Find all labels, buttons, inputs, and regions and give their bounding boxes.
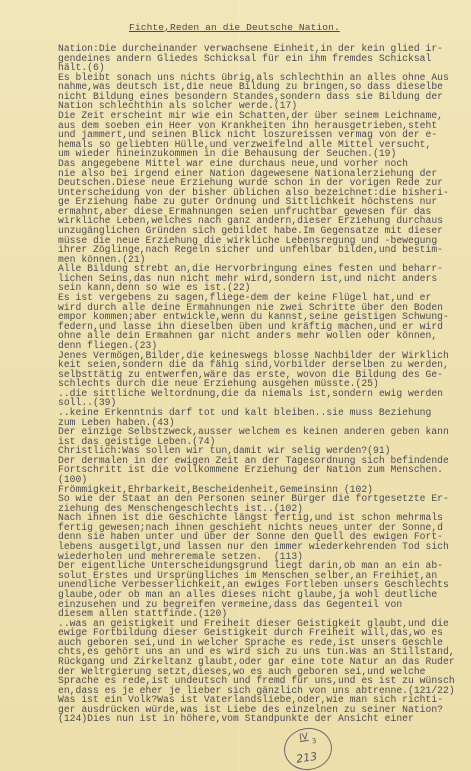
text-line: Fortschritt ist die vollkommene Erziehun… bbox=[58, 465, 455, 475]
document-page: Fichte,Reden an die Deutsche Nation. Nat… bbox=[0, 0, 471, 771]
stamp-subvolume: 3 bbox=[311, 737, 317, 746]
document-body: Nation:Die durcheinander verwachsene Ein… bbox=[58, 44, 455, 724]
text-line: (124)Dies nun ist in höhere,vom Standpun… bbox=[58, 714, 455, 724]
stamp-volume: IV bbox=[299, 732, 309, 743]
text-line: ..die sittliche Weltordnung,die da niema… bbox=[58, 389, 455, 399]
stamp-page-number: 213 bbox=[295, 750, 318, 766]
document-title: Fichte,Reden an die Deutsche Nation. bbox=[129, 22, 340, 33]
text-line: gendeines andern Gliedes Schicksal für e… bbox=[58, 54, 455, 64]
archive-stamp: IV 3 213 bbox=[281, 725, 334, 771]
